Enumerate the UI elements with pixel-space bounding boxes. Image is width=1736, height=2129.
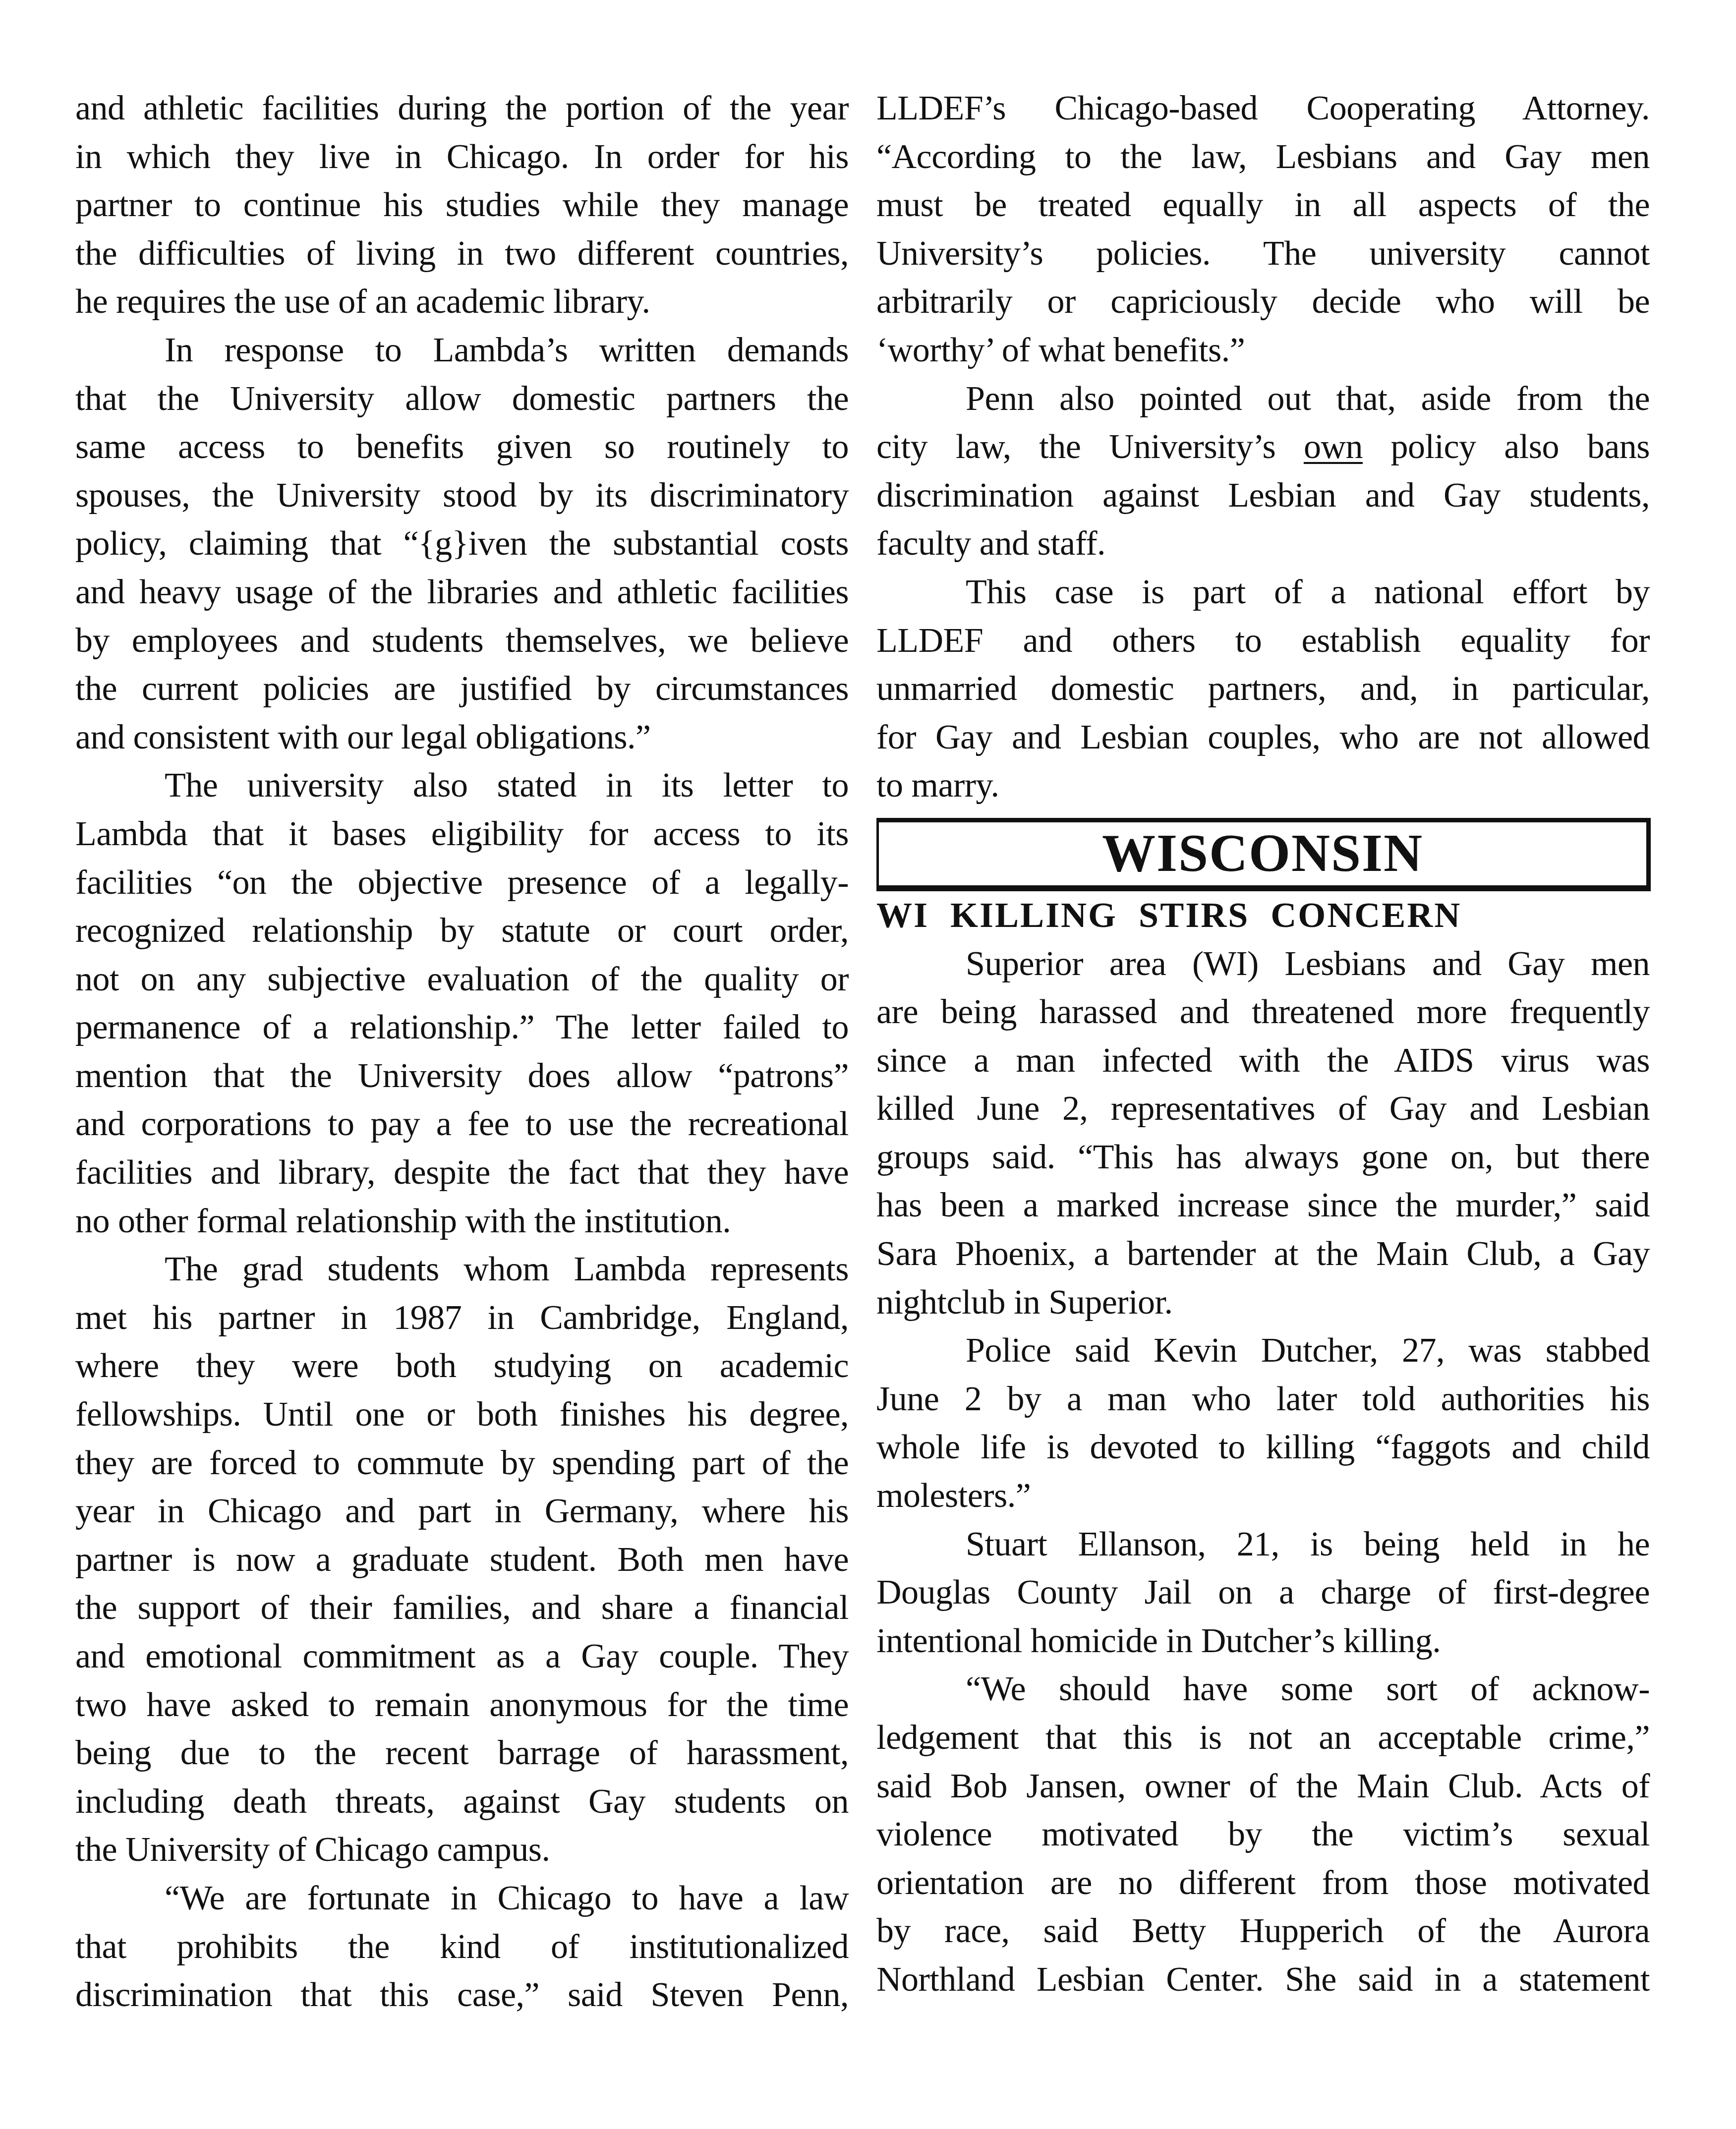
- text-line: in which they live in Chicago. In order …: [75, 133, 849, 181]
- text-line: violence motivated by the victim’s sexua…: [876, 1810, 1650, 1859]
- underlined-word: own: [1304, 428, 1363, 466]
- right-column: LLDEF’s Chicago-based Cooperating Attorn…: [876, 84, 1650, 2004]
- article-headline: WI KILLING STIRS CONCERN: [876, 891, 1650, 940]
- text-line: June 2 by a man who later told authoriti…: [876, 1375, 1650, 1424]
- text-line: and emotional commitment as a Gay couple…: [75, 1632, 849, 1681]
- text-line: to marry.: [876, 761, 1650, 810]
- text-line: intentional homicide in Dutcher’s killin…: [876, 1617, 1650, 1666]
- text-line: where they were both studying on academi…: [75, 1342, 849, 1390]
- text-line: Lambda that it bases eligibility for acc…: [75, 810, 849, 859]
- text-line: and athletic facilities during the porti…: [75, 84, 849, 133]
- text-line: “We are fortunate in Chicago to have a l…: [75, 1874, 849, 1923]
- text-line: Sara Phoenix, a bartender at the Main Cl…: [876, 1230, 1650, 1278]
- text-line: Penn also pointed out that, aside from t…: [876, 375, 1650, 423]
- text-line: the support of their families, and share…: [75, 1584, 849, 1632]
- text-line: since a man infected with the AIDS virus…: [876, 1036, 1650, 1085]
- text-line: recognized relationship by statute or co…: [75, 907, 849, 955]
- text-line: he requires the use of an academic libra…: [75, 278, 849, 326]
- text-line: Police said Kevin Dutcher, 27, was stabb…: [876, 1326, 1650, 1375]
- text-line: killed June 2, representatives of Gay an…: [876, 1085, 1650, 1133]
- text-line: unmarried domestic partners, and, in par…: [876, 665, 1650, 713]
- text-line: no other formal relationship with the in…: [75, 1197, 849, 1246]
- text-line: city law, the University’s own policy al…: [876, 423, 1650, 471]
- text-line: The university also stated in its letter…: [75, 761, 849, 810]
- text-line: not on any subjective evaluation of the …: [75, 955, 849, 1004]
- right-column-continued-article: LLDEF’s Chicago-based Cooperating Attorn…: [876, 84, 1650, 810]
- text-line: facilities “on the objective presence of…: [75, 859, 849, 907]
- text-line: discrimination against Lesbian and Gay s…: [876, 471, 1650, 520]
- text-line: partner to continue his studies while th…: [75, 181, 849, 230]
- text-line: University’s policies. The university ca…: [876, 230, 1650, 278]
- text-line: they are forced to commute by spending p…: [75, 1439, 849, 1488]
- text-line: that prohibits the kind of institutional…: [75, 1923, 849, 1971]
- text-line: said Bob Jansen, owner of the Main Club.…: [876, 1762, 1650, 1811]
- text-line: ‘worthy’ of what benefits.”: [876, 326, 1650, 375]
- article-body: Superior area (WI) Lesbians and Gay mena…: [876, 940, 1650, 2004]
- text-line: “We should have some sort of acknow-: [876, 1665, 1650, 1714]
- text-line: Northland Lesbian Center. She said in a …: [876, 1956, 1650, 2004]
- text-line: partner is now a graduate student. Both …: [75, 1536, 849, 1584]
- text-fragment: city law, the University’s: [876, 428, 1304, 466]
- text-line: ledgement that this is not an acceptable…: [876, 1714, 1650, 1762]
- text-line: nightclub in Superior.: [876, 1278, 1650, 1327]
- text-line: orientation are no different from those …: [876, 1859, 1650, 1907]
- text-line: The grad students whom Lambda represents: [75, 1245, 849, 1294]
- text-line: In response to Lambda’s written demands: [75, 326, 849, 375]
- text-line: has been a marked increase since the mur…: [876, 1181, 1650, 1230]
- text-line: two have asked to remain anonymous for t…: [75, 1681, 849, 1729]
- text-line: “According to the law, Lesbians and Gay …: [876, 133, 1650, 181]
- text-line: discrimination that this case,” said Ste…: [75, 1971, 849, 2019]
- text-line: year in Chicago and part in Germany, whe…: [75, 1487, 849, 1536]
- text-line: that the University allow domestic partn…: [75, 375, 849, 423]
- text-line: by employees and students themselves, we…: [75, 617, 849, 665]
- text-line: by race, said Betty Hupperich of the Aur…: [876, 1907, 1650, 1956]
- text-line: LLDEF and others to establish equality f…: [876, 617, 1650, 665]
- text-line: arbitrarily or capriciously decide who w…: [876, 278, 1650, 326]
- text-line: same access to benefits given so routine…: [75, 423, 849, 471]
- left-column: and athletic facilities during the porti…: [75, 84, 849, 2019]
- text-line: and consistent with our legal obligation…: [75, 713, 849, 762]
- text-line: Superior area (WI) Lesbians and Gay men: [876, 940, 1650, 988]
- section-title: WISCONSIN: [1102, 827, 1423, 880]
- text-line: Stuart Ellanson, 21, is being held in he: [876, 1520, 1650, 1569]
- text-line: policy, claiming that “{g}iven the subst…: [75, 519, 849, 568]
- text-line: LLDEF’s Chicago-based Cooperating Attorn…: [876, 84, 1650, 133]
- text-line: fellowships. Until one or both finishes …: [75, 1390, 849, 1439]
- text-line: faculty and staff.: [876, 519, 1650, 568]
- section-header-box: WISCONSIN: [876, 818, 1651, 891]
- text-line: facilities and library, despite the fact…: [75, 1149, 849, 1197]
- text-line: the difficulties of living in two differ…: [75, 230, 849, 278]
- text-line: Douglas County Jail on a charge of first…: [876, 1568, 1650, 1617]
- text-line: including death threats, against Gay stu…: [75, 1778, 849, 1826]
- text-line: permanence of a relationship.” The lette…: [75, 1003, 849, 1052]
- text-line: and corporations to pay a fee to use the…: [75, 1100, 849, 1149]
- text-line: and heavy usage of the libraries and ath…: [75, 568, 849, 617]
- text-line: molesters.”: [876, 1472, 1650, 1520]
- text-line: whole life is devoted to killing “faggot…: [876, 1423, 1650, 1472]
- text-line: spouses, the University stood by its dis…: [75, 471, 849, 520]
- text-line: met his partner in 1987 in Cambridge, En…: [75, 1294, 849, 1342]
- text-line: for Gay and Lesbian couples, who are not…: [876, 713, 1650, 762]
- text-line: must be treated equally in all aspects o…: [876, 181, 1650, 230]
- text-line: the University of Chicago campus.: [75, 1826, 849, 1874]
- text-line: being due to the recent barrage of haras…: [75, 1729, 849, 1778]
- text-line: are being harassed and threatened more f…: [876, 988, 1650, 1036]
- text-line: the current policies are justified by ci…: [75, 665, 849, 713]
- text-line: groups said. “This has always gone on, b…: [876, 1133, 1650, 1182]
- text-fragment: policy also bans: [1363, 428, 1650, 466]
- text-line: This case is part of a national effort b…: [876, 568, 1650, 617]
- text-line: mention that the University does allow “…: [75, 1052, 849, 1100]
